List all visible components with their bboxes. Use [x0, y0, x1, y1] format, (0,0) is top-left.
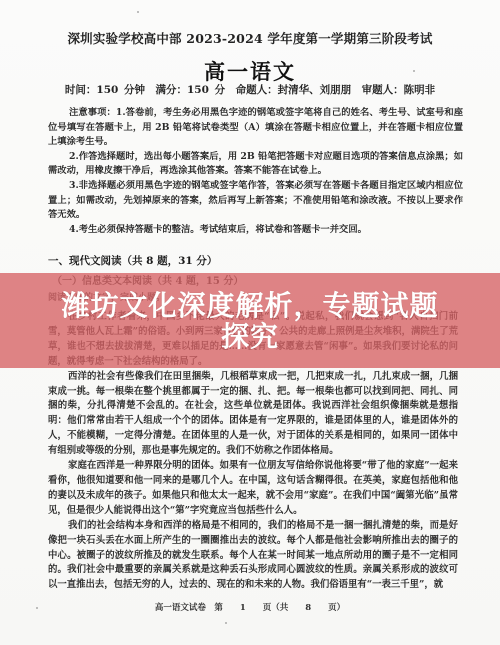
scan-speck	[137, 11, 139, 13]
instruction-item: 注意事项：1.答卷前，考生务必用黑色字迹的钢笔或签字笔将自己的姓名、考生号、试室…	[48, 106, 463, 150]
exam-instructions: 注意事项：1.答卷前，考生务必用黑色字迹的钢笔或签字笔将自己的姓名、考生号、试室…	[48, 106, 463, 237]
instruction-item: 2.作答选择题时，选出每小题答案后，用 2B 铅笔把答题卡对应题目选项的答案信息…	[48, 150, 463, 179]
title-banner-overlay: 潍坊文化深度解析，专题试题探究	[0, 273, 500, 368]
exam-meta-line: 时间：150 分钟 满分：150 分 命题人：封清华、刘朋朋 审题人：陈明非	[0, 82, 500, 97]
instruction-item: 3.非选择题必须用黑色字迹的钢笔或签字笔作答，答案必须写在答题卡各题目指定区域内…	[48, 179, 463, 223]
banner-title: 潍坊文化深度解析，专题试题探究	[50, 290, 450, 352]
instruction-item: 4.考生必须保持答题卡的整洁。考试结束后，将试卷和答题卡一并交回。	[48, 223, 463, 238]
passage-paragraph: 西洋的社会有些像我们在田里捆柴，几根稻草束成一把，几把束成一扎，几扎束成一捆，几…	[48, 370, 458, 459]
exam-page: 深圳实验学校高中部 2023-2024 学年度第一学期第三阶段考试 高一语文 时…	[0, 0, 500, 645]
page-footer: 高一语文试卷 第 1 页（共 8 页）	[0, 601, 500, 613]
section-heading: 一、现代文阅读（共 8 题，31 分）	[48, 253, 217, 268]
passage-paragraph: 我们的社会结构本身和西洋的格局是不相同的，我们的格局不是一捆一捆扎清楚的柴，而是…	[48, 519, 458, 594]
passage-paragraph: 家庭在西洋是一种界限分明的团体。如果有一位朋友写信给你说他将要“带了他的家庭”一…	[48, 459, 458, 519]
school-exam-title: 深圳实验学校高中部 2023-2024 学年度第一学期第三阶段考试	[0, 29, 500, 47]
scan-speck	[225, 622, 227, 624]
